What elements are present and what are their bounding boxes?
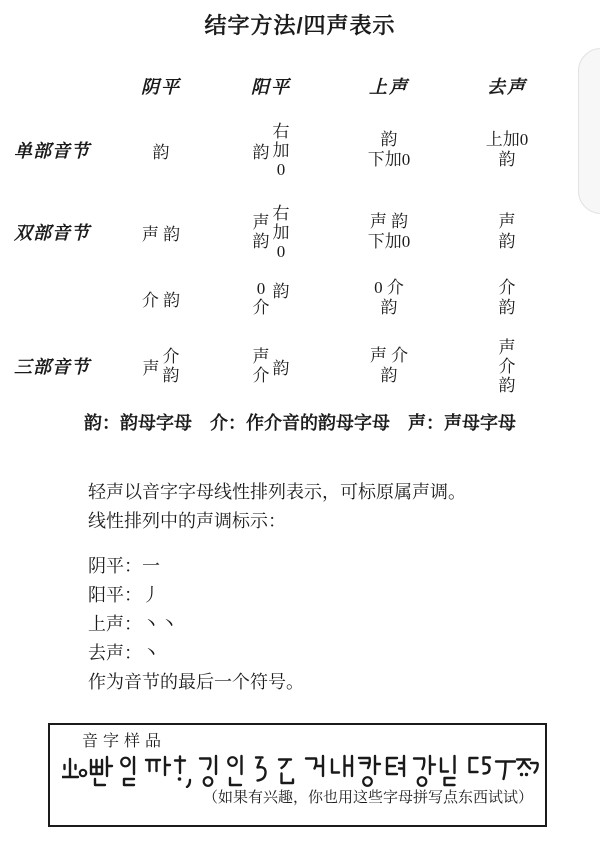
cell-stack: 韵 下加0 <box>368 130 411 170</box>
tone-table: 阴平 阳平 上声 去声 单部音节 韵 韵 右 加 0 韵 下加0 上加0 韵 <box>0 68 600 404</box>
tone-line-yinping: 阴平：一 <box>88 552 600 581</box>
cell-stack: 声 介 韵 <box>370 346 408 386</box>
cell-text: 韵 <box>253 138 270 163</box>
scroll-handle[interactable] <box>578 48 600 214</box>
cell-stack: 介 韵 <box>163 347 180 385</box>
cell-text: 加 <box>273 223 290 242</box>
cell-text: 韵 <box>381 298 398 318</box>
cell-r4c2: 声 介 韵 <box>212 328 330 404</box>
cell-stack: 右 加 0 <box>273 122 290 179</box>
cell-text: 韵 <box>273 277 290 302</box>
cell-text: 韵 <box>381 366 398 386</box>
row-label-sanbu: 三部音节 <box>8 328 110 404</box>
tone-line-qusheng: 去声：丶 <box>88 639 600 668</box>
sample-box: 音字样品 <box>48 723 547 827</box>
cell-text: 声 <box>499 338 516 357</box>
cell-text: 声 韵 <box>142 220 180 245</box>
cell-text: 韵 <box>153 138 170 163</box>
cell-text: 上加0 <box>486 130 529 150</box>
cell-text: 0 <box>277 242 286 261</box>
cell-stack: 上加0 韵 <box>486 130 529 170</box>
cell-r3c1: 介 韵 <box>110 268 212 328</box>
cell-text: 声 <box>499 212 516 232</box>
tone-mark-list: 阴平：一 阳平：丿 上声：丶丶 去声：丶 作为音节的最后一个符号。 <box>0 552 600 697</box>
cell-r4c1: 声 介 韵 <box>110 328 212 404</box>
cell-text: 加 <box>273 141 290 160</box>
cell-text: 右 <box>273 204 290 223</box>
cell-stack: 声 介 韵 <box>499 338 516 395</box>
cell-stack: 声 韵 下加0 <box>368 212 411 252</box>
cell-r1c3: 韵 下加0 <box>330 104 448 196</box>
row-label-empty <box>8 268 110 328</box>
cell-text: 右 <box>273 122 290 141</box>
sample-box-note: （如果有兴趣，你也用这些字母拼写点东西试试） <box>60 789 533 807</box>
cell-text: 介 <box>253 298 270 317</box>
cell-r4c4: 声 介 韵 <box>448 328 566 404</box>
cell-stack: 声 韵 <box>499 212 516 252</box>
tone-line-shangsheng: 上声：丶丶 <box>88 610 600 639</box>
paragraph-line: 轻声以音字字母线性排列表示，可标原属声调。 <box>88 478 600 507</box>
cell-text: 韵 <box>253 232 270 251</box>
cell-text: 介 <box>253 366 270 385</box>
cell-stack: 0 介 韵 <box>374 278 404 318</box>
col-header-yinping: 阴平 <box>110 68 212 104</box>
cell-stack: 声 韵 <box>253 213 270 251</box>
cell-text: 韵 <box>273 354 290 379</box>
corner-cell <box>8 68 110 104</box>
cell-text: 声 <box>253 213 270 232</box>
row-label-danbu: 单部音节 <box>8 104 110 196</box>
cell-text: 下加0 <box>368 150 411 170</box>
cell-r2c4: 声 韵 <box>448 196 566 268</box>
cell-r3c4: 介 韵 <box>448 268 566 328</box>
cell-r2c1: 声 韵 <box>110 196 212 268</box>
cell-r2c2: 声 韵 右 加 0 <box>212 196 330 268</box>
cell-text: 韵 <box>499 298 516 318</box>
row-label-shuangbu: 双部音节 <box>8 196 110 268</box>
cell-r1c2: 韵 右 加 0 <box>212 104 330 196</box>
cell-text: 0 <box>257 279 266 298</box>
cell-text: 0 <box>277 160 286 179</box>
document-page: 结字方法/四声表示 阴平 阳平 上声 去声 单部音节 韵 韵 右 加 0 韵 下… <box>0 0 600 841</box>
cell-text: 韵 <box>499 376 516 395</box>
cell-text: 声 韵 <box>370 212 408 232</box>
paragraph-line: 线性排列中的声调标示： <box>88 507 600 536</box>
cell-text: 韵 <box>381 130 398 150</box>
cell-r1c4: 上加0 韵 <box>448 104 566 196</box>
cell-stack: 声 介 <box>253 347 270 385</box>
cell-text: 介 <box>163 347 180 366</box>
col-header-yangping: 阳平 <box>212 68 330 104</box>
cell-text: 韵 <box>499 232 516 252</box>
legend-line: 韵：韵母字母 介：作介音的韵母字母 声：声母字母 <box>84 412 600 434</box>
cell-text: 下加0 <box>368 232 411 252</box>
cell-text: 0 介 <box>374 278 404 298</box>
col-header-qusheng: 去声 <box>448 68 566 104</box>
constructed-script-sample-icon <box>62 754 539 788</box>
cell-text: 声 <box>143 354 160 379</box>
page-title: 结字方法/四声表示 <box>0 12 600 40</box>
cell-r2c3: 声 韵 下加0 <box>330 196 448 268</box>
cell-r3c3: 0 介 韵 <box>330 268 448 328</box>
cell-r1c1: 韵 <box>110 104 212 196</box>
cell-r4c3: 声 介 韵 <box>330 328 448 404</box>
cell-text: 介 韵 <box>142 286 180 311</box>
cell-stack: 0 介 <box>253 279 270 317</box>
cell-stack: 介 韵 <box>499 278 516 318</box>
closing-line: 作为音节的最后一个符号。 <box>88 668 600 697</box>
cell-text: 声 介 <box>370 346 408 366</box>
cell-stack: 右 加 0 <box>273 204 290 261</box>
cell-text: 韵 <box>499 150 516 170</box>
cell-text: 韵 <box>163 366 180 385</box>
cell-text: 介 <box>499 278 516 298</box>
cell-r3c2: 0 介 韵 <box>212 268 330 328</box>
cell-text: 介 <box>499 357 516 376</box>
sample-box-label: 音字样品 <box>82 732 535 751</box>
cell-text: 声 <box>253 347 270 366</box>
light-tone-paragraph: 轻声以音字字母线性排列表示，可标原属声调。 线性排列中的声调标示： <box>0 478 600 536</box>
col-header-shangsheng: 上声 <box>330 68 448 104</box>
tone-line-yangping: 阳平：丿 <box>88 581 600 610</box>
